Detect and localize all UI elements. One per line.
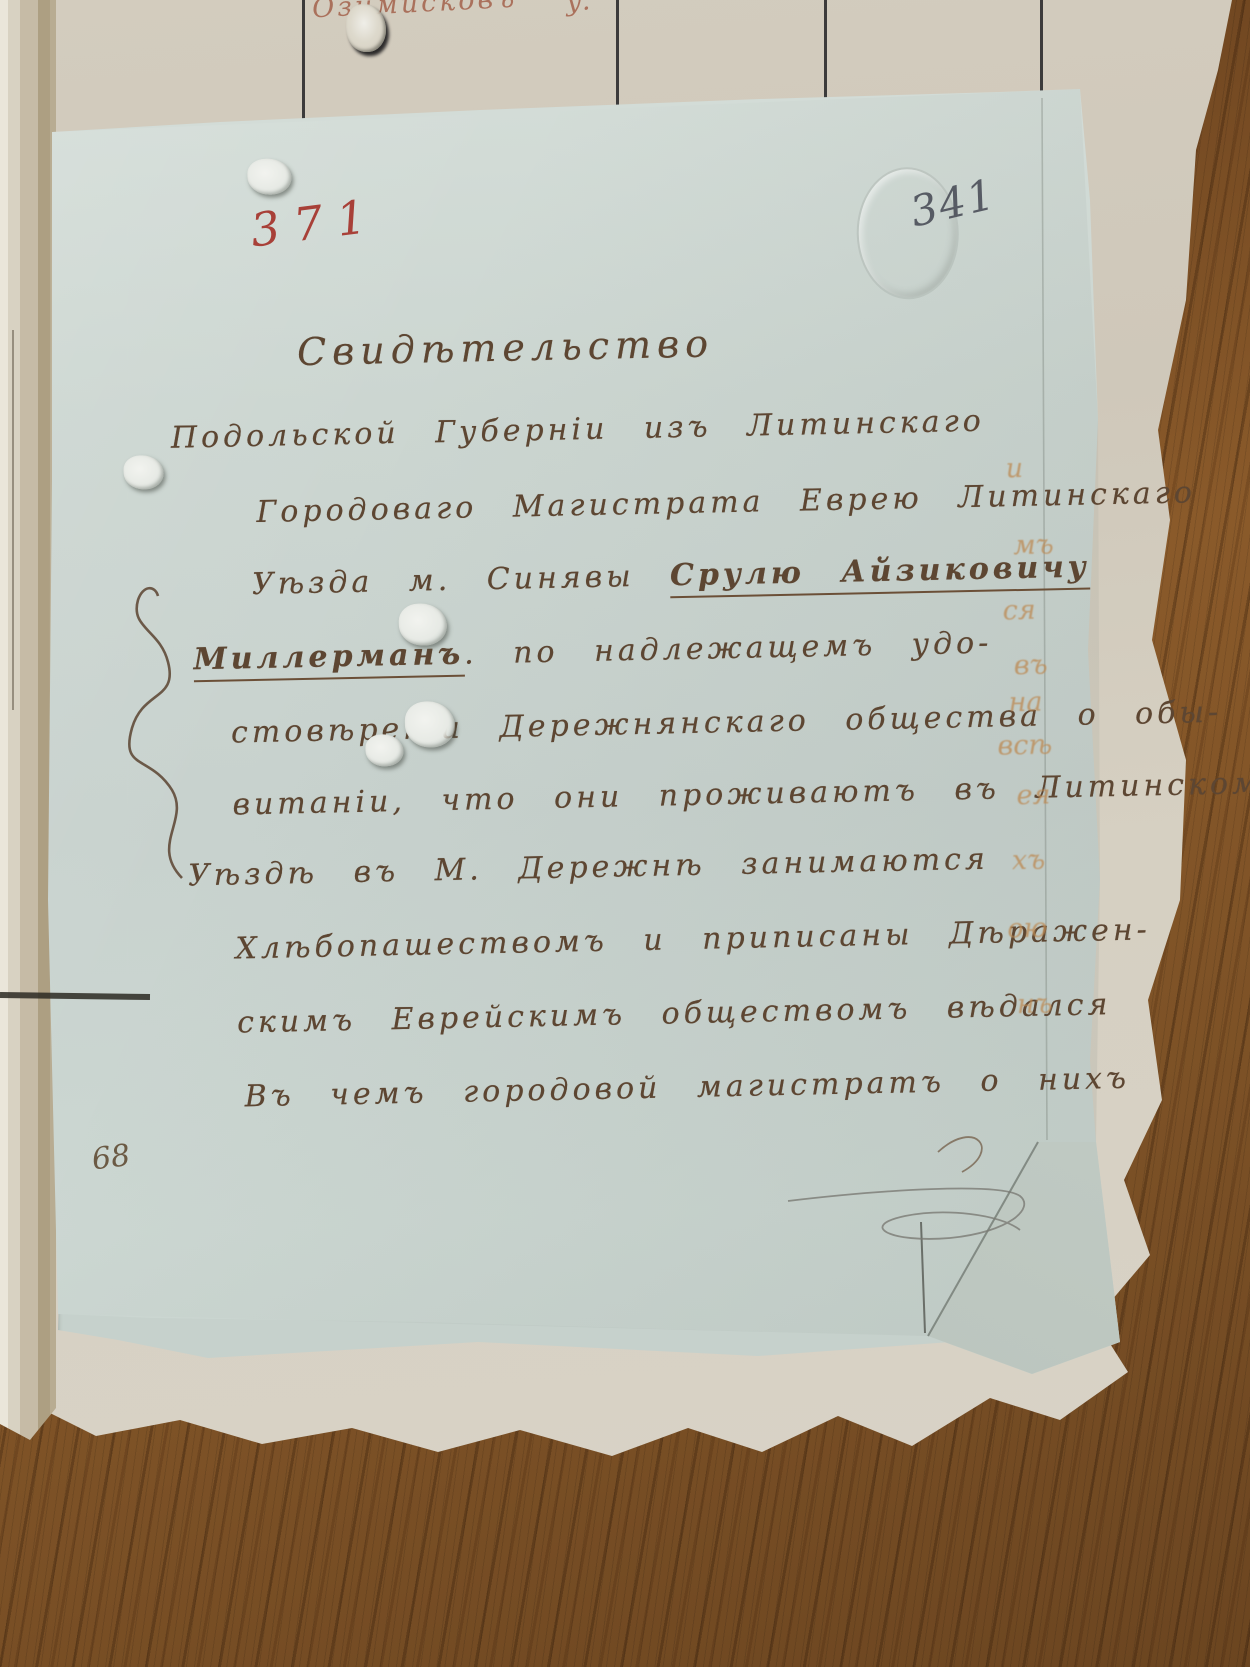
spine-crease-line <box>12 330 14 710</box>
paper-hole <box>346 4 386 52</box>
ledger-rule-line <box>824 0 827 102</box>
ledger-rule-line <box>616 0 619 108</box>
faded-red-text-fragment: Озимисковъ <box>311 0 518 24</box>
faded-red-text-fragment-2: у. <box>565 0 591 18</box>
ledger-rule-line <box>302 0 305 124</box>
document-page <box>40 80 1140 1400</box>
folio-spine-edge <box>0 0 56 1442</box>
